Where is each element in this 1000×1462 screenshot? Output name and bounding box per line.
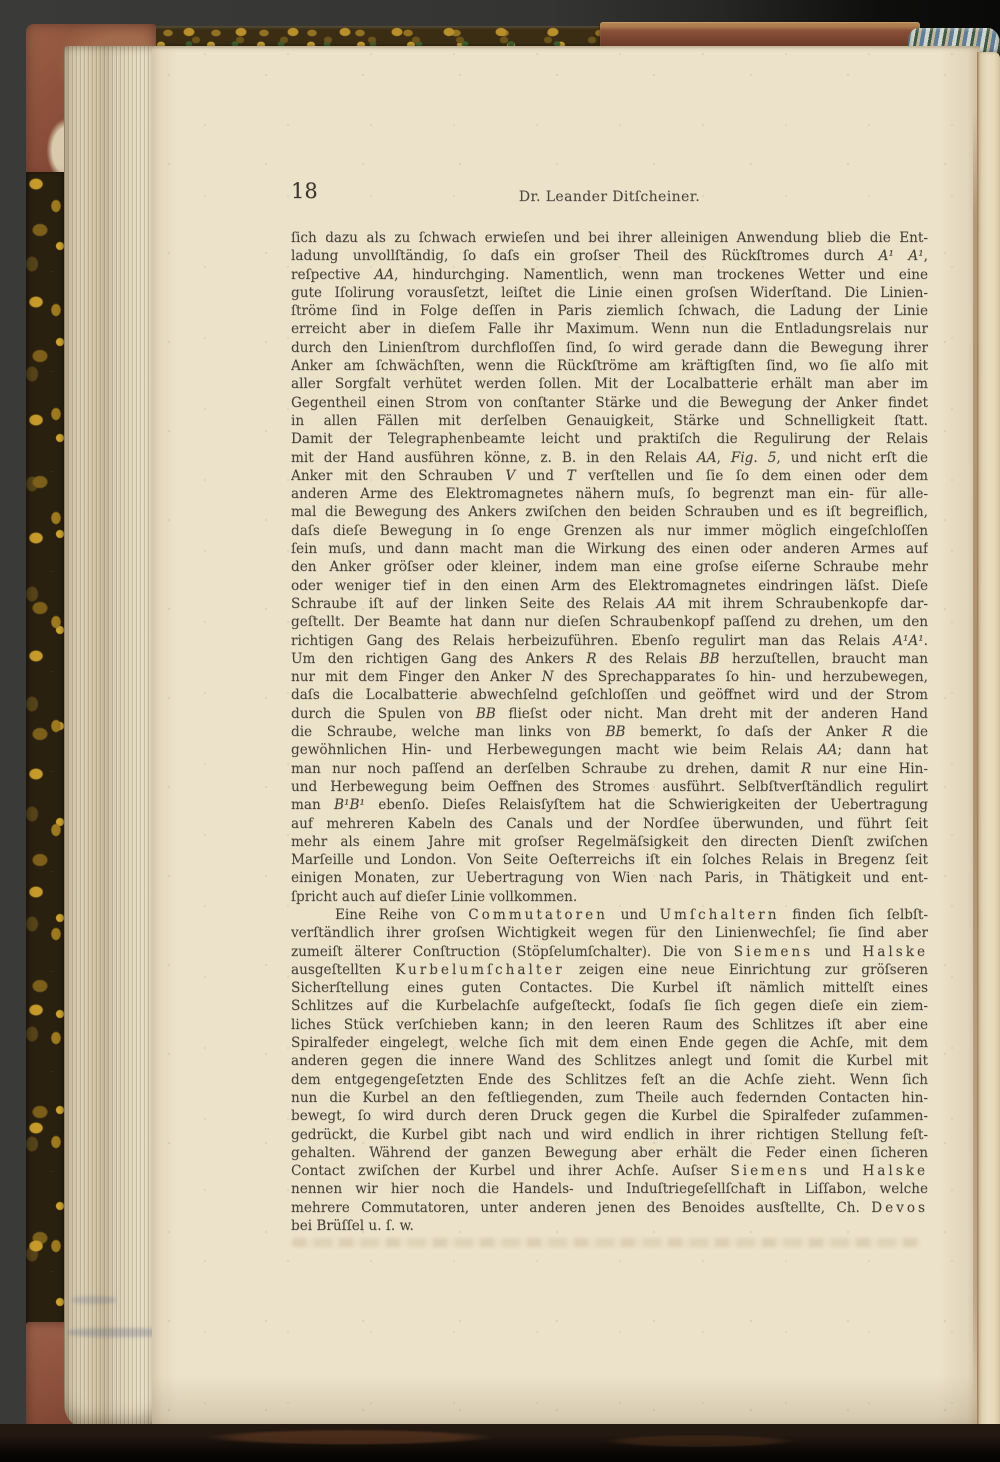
- text-line: gehalten. Während der ganzen Bewegung ab…: [291, 1144, 928, 1162]
- text-line: mal die Bewegung des Ankers zwiſchen den…: [291, 503, 928, 521]
- text-line: anderen Arme des Elektromagnetes nähern …: [291, 485, 928, 503]
- text-line: ſein muſs, und dann macht man die Wirkun…: [291, 540, 928, 558]
- page-edge-stack: [64, 46, 156, 1430]
- text-line: in allen Fällen mit derſelben Genauigkei…: [291, 412, 928, 430]
- text-line: mehrere Commutatoren, unter anderen jene…: [291, 1199, 928, 1217]
- body-text: ſich dazu als zu ſchwach erwieſen und be…: [291, 229, 928, 1235]
- text-line: mit der Hand ausführen könne, z. B. in d…: [291, 449, 928, 467]
- text-line: liches Stück verſchieben kann; in den le…: [291, 1016, 928, 1034]
- book-scan: 18 Dr. Leander Ditſcheiner. ſich dazu al…: [0, 0, 1000, 1462]
- text-line: Anker mit den Schrauben V und T verſtell…: [291, 467, 928, 485]
- text-line: Schlitzes auf die Kurbelachſe aufgeſteck…: [291, 997, 928, 1015]
- text-line: Contact zwiſchen der Kurbel und ihrer Ac…: [291, 1162, 928, 1180]
- text-line: zumeiſt älterer Conſtruction (Stöpſelumſ…: [291, 943, 928, 961]
- text-line: nun die Kurbel an den feſtliegenden, zum…: [291, 1089, 928, 1107]
- text-line: dem entgegengeſetzten Ende des Schlitzes…: [291, 1071, 928, 1089]
- text-line: ausgeſtellten Kurbelumſchalter zeigen ei…: [291, 961, 928, 979]
- text-line: Damit der Telegraphenbeamte leicht und p…: [291, 430, 928, 448]
- text-line: Eine Reihe von Commutatoren und Umſchalt…: [291, 906, 928, 924]
- text-line: gute Iſolirung vorausſetzt, leiſtet die …: [291, 284, 928, 302]
- show-through-text: [292, 1238, 920, 1247]
- text-line: Schraube iſt auf der linken Seite des Re…: [291, 595, 928, 613]
- text-line: aller Sorgfalt verhütet werden ſollen. M…: [291, 375, 928, 393]
- text-line: Anker am ſchwächſten, wenn die Rückſtröm…: [291, 357, 928, 375]
- text-line: durch den Linienſtrom durchfloſſen ſind,…: [291, 339, 928, 357]
- text-line: und Herbewegung beim Oeffnen des Stromes…: [291, 778, 928, 796]
- text-line: ladung unvollſtändig, ſo daſs ein groſse…: [291, 247, 928, 265]
- text-line: Marſeille und London. Von Seite Oeſterre…: [291, 851, 928, 869]
- facing-page-sliver: [977, 52, 1000, 1444]
- marbled-cover-left: [26, 172, 68, 1328]
- text-line: bewegt, ſo wird durch deren Druck gegen …: [291, 1107, 928, 1125]
- text-line: daſs dieſe Bewegung in ſo enge Grenzen a…: [291, 522, 928, 540]
- book-bottom-edge: [0, 1424, 1000, 1462]
- text-line: man nur noch paſſend an derſelben Schrau…: [291, 760, 928, 778]
- text-line: anderen gegen die innere Wand des Schlit…: [291, 1052, 928, 1070]
- text-line: auf mehreren Kabeln des Canals und der N…: [291, 815, 928, 833]
- text-line: richtigen Gang des Relais herbeizuführen…: [291, 632, 928, 650]
- text-line: nennen wir hier noch die Handels- und In…: [291, 1180, 928, 1198]
- text-line: durch die Spulen von BB flieſst oder nic…: [291, 705, 928, 723]
- text-line: den Anker gröſser oder kleiner, indem ma…: [291, 558, 928, 576]
- text-line: reſpective AA, hindurchging. Namentlich,…: [291, 266, 928, 284]
- text-line: einigen Monaten, zur Uebertragung von Wi…: [291, 869, 928, 887]
- text-line: man B¹B¹ ebenſo. Dieſes Relaisſyſtem hat…: [291, 796, 928, 814]
- text-line: ſpricht auch auf dieſer Linie vollkommen…: [291, 888, 928, 906]
- text-line: geſtellt. Der Beamte hat dann nur dieſen…: [291, 613, 928, 631]
- text-line: ſich dazu als zu ſchwach erwieſen und be…: [291, 229, 928, 247]
- fore-edge-smudge: [72, 1296, 116, 1304]
- text-line: gedrückt, die Kurbel gibt nach und wird …: [291, 1126, 928, 1144]
- text-line: die Schraube, welche man links von BB be…: [291, 723, 928, 741]
- running-header: Dr. Leander Ditſcheiner.: [291, 189, 928, 205]
- text-line: nur mit dem Finger den Anker N des Sprec…: [291, 668, 928, 686]
- text-line: mehr als einem Jahre mit groſser Regelmä…: [291, 833, 928, 851]
- text-line: Sicherſtellung eines guten Contactes. Di…: [291, 979, 928, 997]
- text-line: daſs die Localbatterie abwechſelnd geſch…: [291, 686, 928, 704]
- text-line: gewöhnlichen Hin- und Herbewegungen mach…: [291, 741, 928, 759]
- text-line: Spiralfeder eingelegt, welche ſich mit d…: [291, 1034, 928, 1052]
- text-line: oder weniger tief in den einen Arm des E…: [291, 577, 928, 595]
- book-page: 18 Dr. Leander Ditſcheiner. ſich dazu al…: [152, 46, 980, 1430]
- text-line: verſtändlich ihrer groſsen Wichtigkeit w…: [291, 924, 928, 942]
- text-line: erreicht aber in dieſem Falle ihr Maximu…: [291, 320, 928, 338]
- text-line: bei Brüſſel u. ſ. w.: [291, 1217, 928, 1235]
- text-line: ſtröme ſind in Folge deſſen in Paris zie…: [291, 302, 928, 320]
- text-line: Um den richtigen Gang des Ankers R des R…: [291, 650, 928, 668]
- text-line: Gegentheil einen Strom von conſtanter St…: [291, 394, 928, 412]
